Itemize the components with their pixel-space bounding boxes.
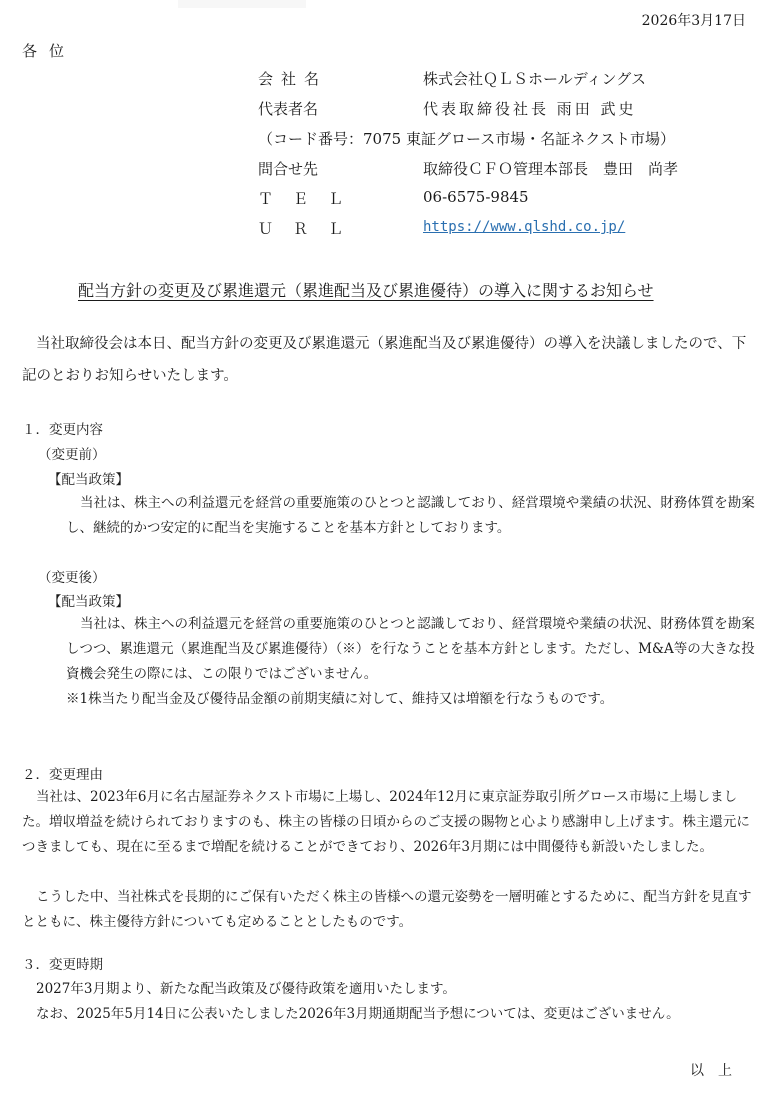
before-policy-text: 当社は、株主への利益還元を経営の重要施策のひとつと認識しており、経営環境や業績の… — [66, 491, 756, 541]
tel-value: 06-6575-9845 — [423, 188, 529, 206]
section3-line-1: 2027年3月期より、新たな配当政策及び優待政策を適用いたします。 — [22, 977, 758, 1002]
document-title: 配当方針の変更及び累進還元（累進配当及び累進優待）の導入に関するお知らせ — [78, 278, 654, 301]
tel-label: ＴＥＬ — [258, 188, 363, 209]
company-url-link[interactable]: https://www.qlshd.co.jp/ — [423, 219, 625, 235]
section2-paragraph-1: 当社は、2023年6月に名古屋証券ネクスト市場に上場し、2024年12月に東京証… — [22, 785, 758, 860]
contact-value: 取締役ＣＦＯ管理本部長 豊田 尚孝 — [423, 158, 678, 179]
scan-artifact-bar — [178, 0, 306, 8]
before-label: （変更前） — [38, 443, 106, 463]
after-policy-text: 当社は、株主への利益還元を経営の重要施策のひとつと認識しており、経営環境や業績の… — [66, 612, 756, 687]
url-label: ＵＲＬ — [258, 218, 363, 239]
document-date: 2026年3月17日 — [642, 10, 746, 30]
stock-code-line: （コード番号：7075 東証グロース市場・名証ネクスト市場） — [258, 128, 675, 149]
after-policy-note: ※1株当たり配当金及び優待品金額の前期実績に対して、維持又は増額を行なうものです… — [66, 687, 756, 712]
company-name-label: 会社名 — [258, 68, 327, 89]
intro-paragraph: 当社取締役会は本日、配当方針の変更及び累進還元（累進配当及び累進優待）の導入を決… — [22, 328, 758, 392]
company-name-value: 株式会社ＱＬＳホールディングス — [423, 68, 646, 89]
section1-heading: １．変更内容 — [22, 418, 103, 438]
addressee: 各位 — [22, 40, 76, 61]
after-label: （変更後） — [38, 566, 106, 586]
section3-heading: ３．変更時期 — [22, 953, 103, 973]
representative-value: 代表取締役社長 雨田 武史 — [423, 98, 637, 119]
section3-line-2: なお、2025年5月14日に公表いたしました2026年3月期通期配当予想について… — [22, 1002, 758, 1027]
section2-paragraph-2: こうした中、当社株式を長期的にご保有いただく株主の皆様への還元姿勢を一層明確とす… — [22, 885, 758, 935]
representative-label: 代表者名 — [258, 98, 318, 119]
before-policy-heading: 【配当政策】 — [48, 468, 129, 488]
end-mark: 以上 — [690, 1060, 746, 1080]
contact-label: 問合せ先 — [258, 158, 318, 179]
after-policy-heading: 【配当政策】 — [48, 590, 129, 610]
section2-heading: ２．変更理由 — [22, 763, 103, 783]
